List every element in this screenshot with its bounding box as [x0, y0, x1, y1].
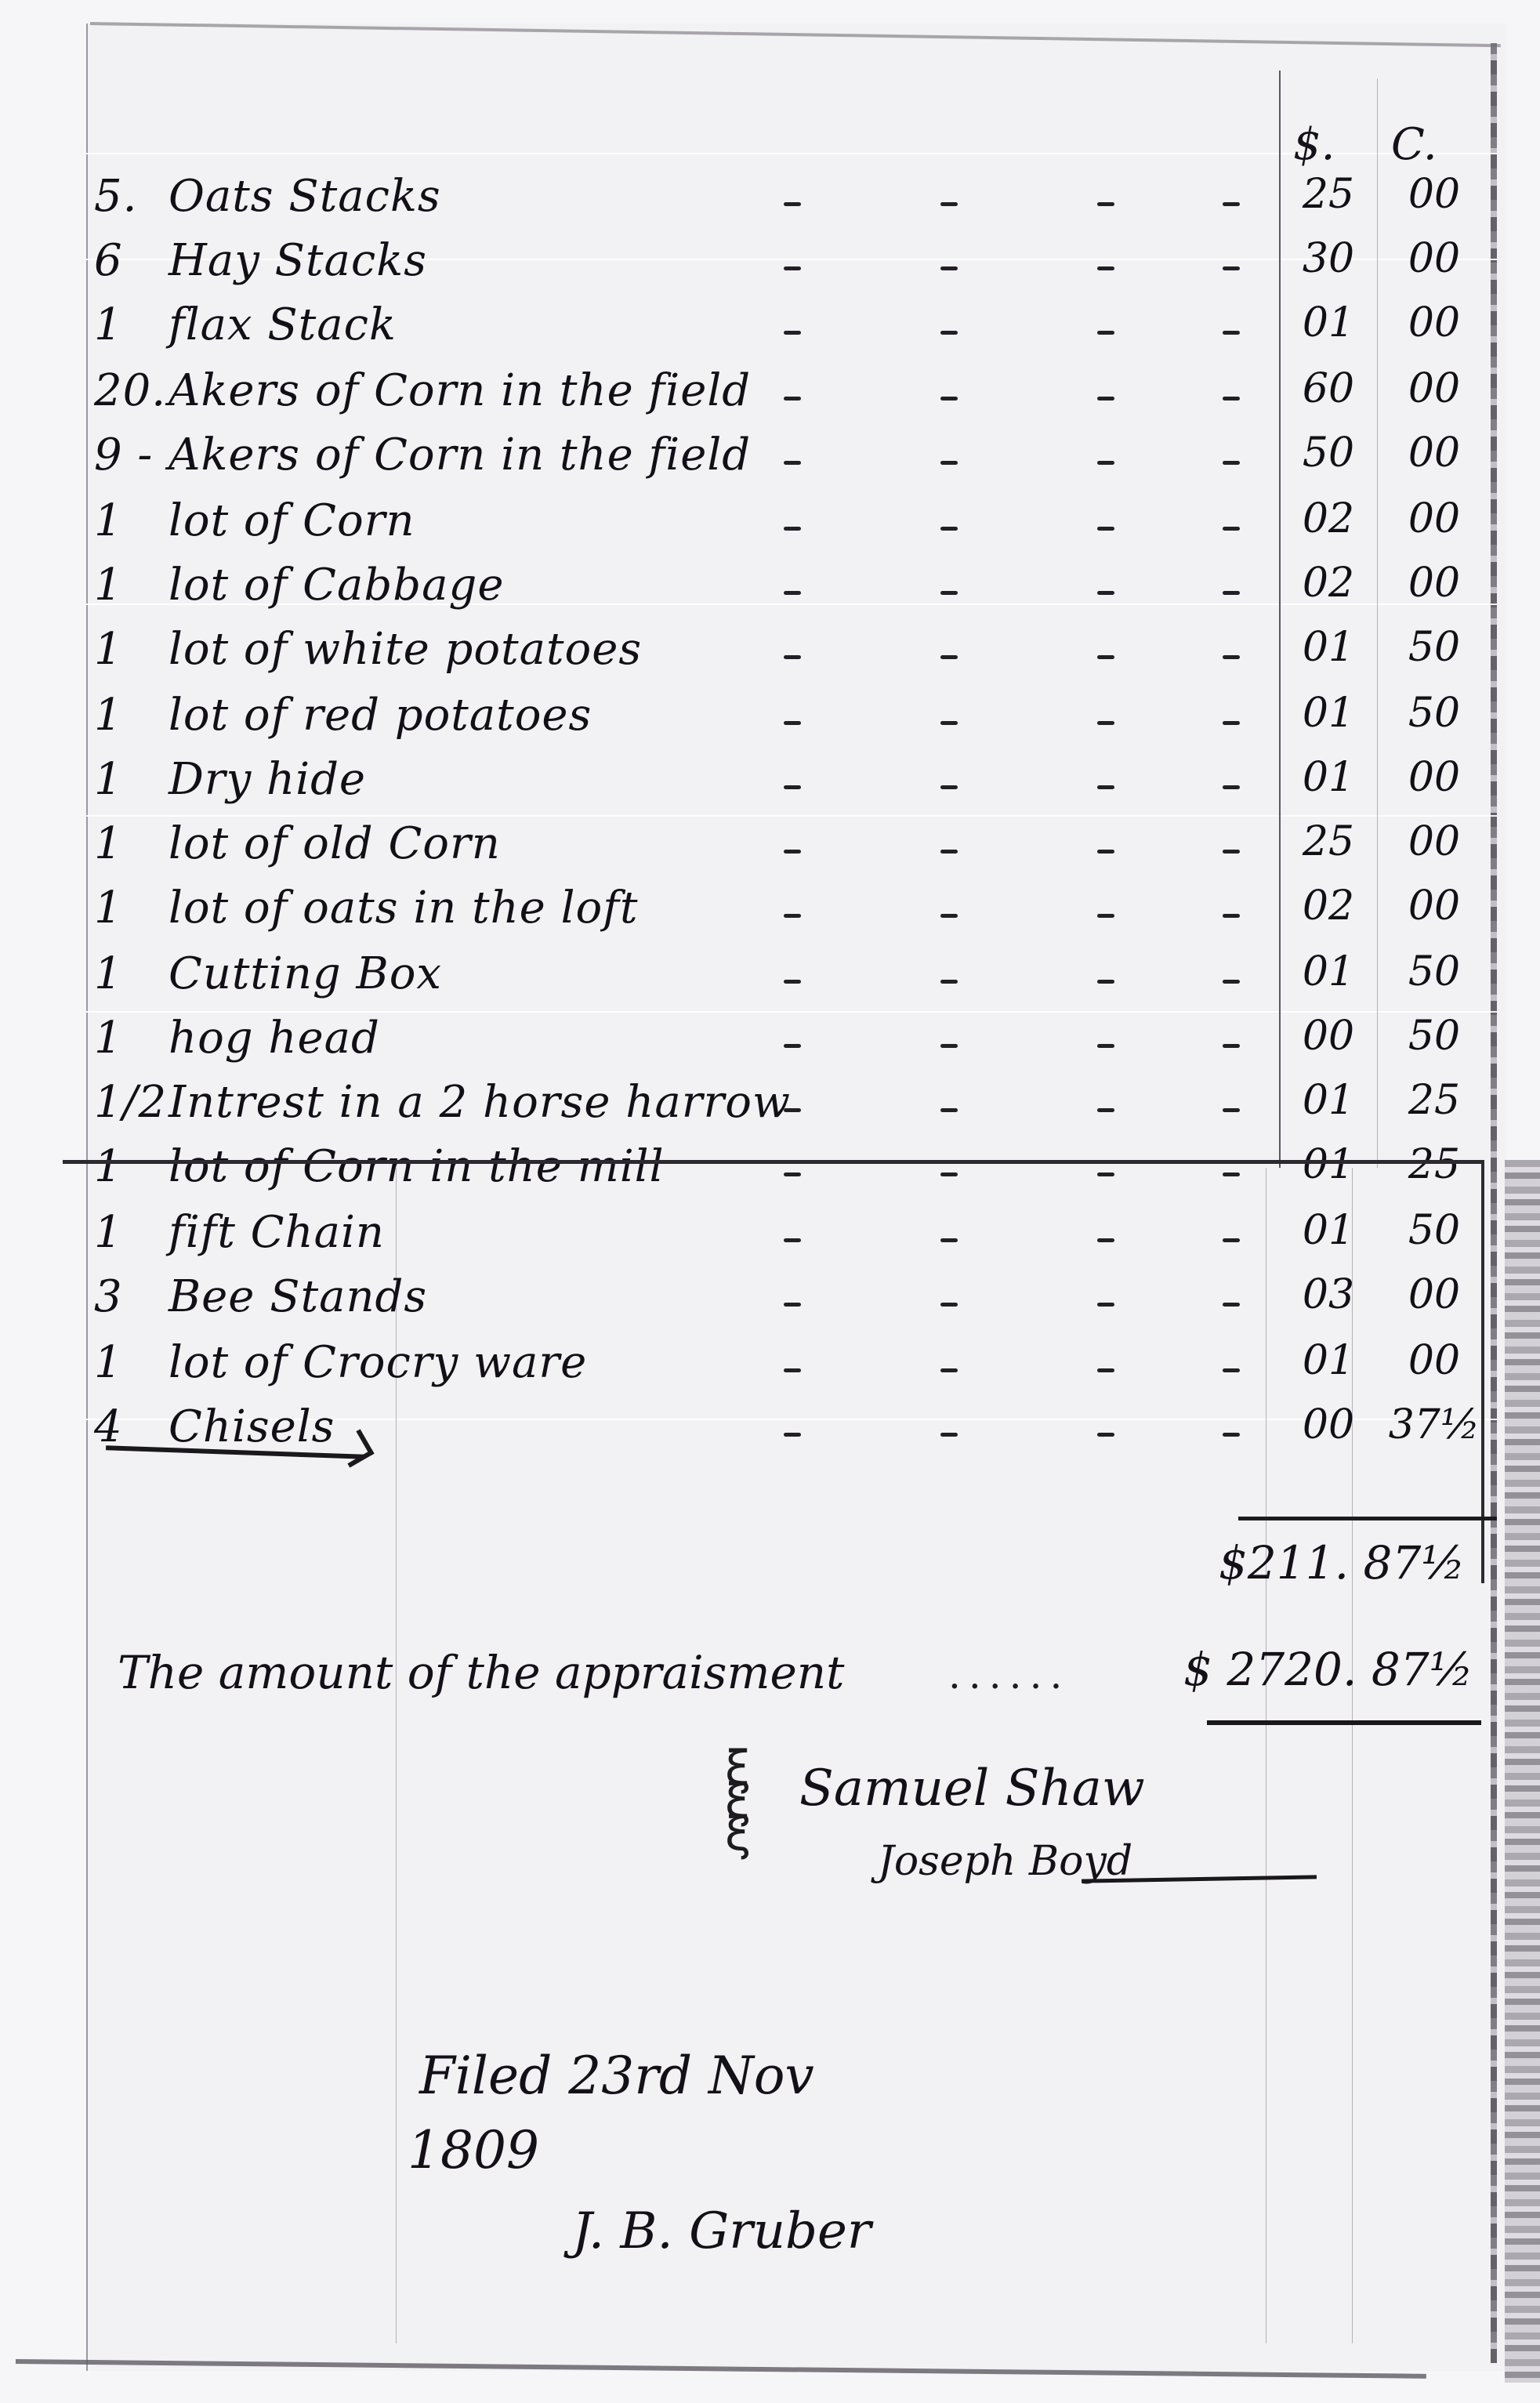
item-text: Cutting Box [168, 948, 442, 999]
filed-date: Filed 23rd Nov [419, 2046, 814, 2106]
leader-dash [1097, 1433, 1114, 1437]
item-text: lot of red potatoes [168, 690, 592, 741]
item-description: 5. [94, 171, 137, 222]
leader-dash [784, 785, 801, 789]
filed-year: 1809 [408, 2120, 539, 2180]
total-label: The amount of the appraisment [118, 1646, 844, 1699]
item-dollars: 01 [1281, 1077, 1375, 1124]
table-row: 1lot of red potatoes0150 [94, 690, 1520, 754]
leader-dash [940, 1044, 958, 1048]
item-description: 1 [94, 624, 123, 675]
leader-dash [784, 721, 801, 725]
leader-dash [784, 527, 801, 531]
leader-dash [784, 1303, 801, 1307]
item-description: 6 [94, 235, 123, 286]
dollars-column-header: $. [1293, 119, 1335, 170]
leader-dash [784, 461, 801, 465]
item-dollars: 30 [1281, 235, 1375, 282]
item-text: Bee Stands [168, 1271, 427, 1322]
table-row: 20.Akers of Corn in the field6000 [94, 365, 1520, 429]
item-description: 1 [94, 754, 123, 805]
leader-dash [1223, 721, 1240, 725]
leader-dash [1097, 397, 1114, 400]
leader-dash [1223, 397, 1240, 400]
item-text: Akers of Corn in the field [168, 365, 751, 416]
item-text: Hay Stacks [168, 235, 427, 286]
appraiser-signature-1: Samuel Shaw [799, 1760, 1145, 1818]
leader-dash [1097, 980, 1114, 984]
leader-dash [1097, 1044, 1114, 1048]
leader-dash [940, 397, 958, 400]
leader-dash [1097, 785, 1114, 789]
leader-dash [940, 914, 958, 918]
leader-dash [1097, 266, 1114, 270]
item-cents: 00 [1387, 818, 1481, 865]
item-text: lot of old Corn [168, 818, 501, 869]
item-dollars: 01 [1281, 948, 1375, 995]
clerk-signature: J. B. Gruber [572, 2202, 871, 2260]
table-row: 1lot of Cabbage0200 [94, 560, 1520, 624]
item-description: 1 [94, 299, 123, 350]
leader-dash [1097, 331, 1114, 335]
leader-dash [784, 1238, 801, 1242]
item-dollars: 01 [1281, 1337, 1375, 1384]
leader-dash [1223, 980, 1240, 984]
item-cents: 00 [1387, 171, 1481, 218]
leader-dash [940, 591, 958, 595]
leader-dash [1097, 1108, 1114, 1112]
item-description: 1 [94, 818, 123, 869]
item-cents: 00 [1387, 1271, 1481, 1318]
leader-dash [784, 397, 801, 400]
table-row: 3Bee Stands0300 [94, 1271, 1520, 1336]
item-dollars: 00 [1281, 1013, 1375, 1060]
item-dollars: 25 [1281, 818, 1375, 865]
item-text: lot of Crocry ware [168, 1337, 587, 1388]
leader-dash [1223, 1238, 1240, 1242]
leader-dash [1097, 527, 1114, 531]
table-row: 5.Oats Stacks2500 [94, 171, 1520, 235]
item-text: lot of oats in the loft [168, 883, 638, 933]
item-dollars: 60 [1281, 365, 1375, 412]
leader-dash [784, 202, 801, 206]
leader-dash [1097, 1238, 1114, 1242]
item-text: Dry hide [168, 754, 366, 805]
leader-dash [784, 1433, 801, 1437]
leader-dash [1097, 914, 1114, 918]
leader-dash [1097, 1368, 1114, 1372]
leader-dash [940, 980, 958, 984]
item-dollars: 01 [1281, 624, 1375, 671]
leader-dash [1223, 1368, 1240, 1372]
table-row: 1Dry hide0100 [94, 754, 1520, 818]
item-cents: 00 [1387, 560, 1481, 607]
table-row: 1lot of old Corn2500 [94, 818, 1520, 883]
item-cents: 00 [1387, 235, 1481, 282]
item-description: 1 [94, 690, 123, 741]
item-dollars: 02 [1281, 495, 1375, 542]
leader-dash [784, 1173, 801, 1176]
leader-dash [1097, 202, 1114, 206]
item-description: 1/2 [94, 1077, 167, 1128]
cents-column-header: C. [1391, 119, 1437, 170]
item-cents: 50 [1387, 1013, 1481, 1060]
leader-dash [940, 1238, 958, 1242]
subtotal-rule [1238, 1517, 1497, 1520]
section-divider [63, 1160, 1483, 1172]
leader-dash [784, 914, 801, 918]
item-cents: 00 [1387, 883, 1481, 930]
leader-dash [1097, 591, 1114, 595]
leader-dash [1097, 850, 1114, 854]
leader-dash [1223, 655, 1240, 659]
table-row: 1fift Chain0150 [94, 1207, 1520, 1271]
table-row: 6Hay Stacks3000 [94, 235, 1520, 299]
table-row: 1Cutting Box0150 [94, 948, 1520, 1013]
leader-dash [1223, 331, 1240, 335]
leader-dash [1223, 527, 1240, 531]
item-description: 1 [94, 1337, 123, 1388]
leader-dash [940, 1108, 958, 1112]
item-text: flax Stack [168, 299, 397, 350]
item-dollars: 01 [1281, 299, 1375, 346]
table-row: 1lot of white potatoes0150 [94, 624, 1520, 688]
item-dollars: 01 [1281, 690, 1375, 737]
leader-dash [784, 1108, 801, 1112]
item-dollars: 50 [1281, 429, 1375, 477]
item-text: lot of white potatoes [168, 624, 642, 675]
item-text: lot of Cabbage [168, 560, 504, 611]
item-description: 1 [94, 948, 123, 999]
item-dollars: 01 [1281, 1207, 1375, 1254]
leader-dash [940, 850, 958, 854]
leader-dash [1097, 1303, 1114, 1307]
total-value: $ 2720. 87½ [1183, 1643, 1473, 1696]
leader-dash [784, 1368, 801, 1372]
leader-dots: ...... [948, 1652, 1070, 1698]
item-description: 3 [94, 1271, 123, 1322]
item-description: 4 [94, 1401, 123, 1452]
item-text: Chisels [168, 1401, 335, 1452]
table-row: 1flax Stack0100 [94, 299, 1520, 364]
leader-dash [1223, 1303, 1240, 1307]
item-text: Oats Stacks [168, 171, 441, 222]
item-description: 1 [94, 883, 123, 933]
leader-dash [784, 980, 801, 984]
leader-dash [940, 202, 958, 206]
item-dollars: 01 [1281, 754, 1375, 801]
leader-dash [940, 266, 958, 270]
item-description: 1 [94, 1207, 123, 1258]
leader-dash [940, 331, 958, 335]
leader-dash [1097, 721, 1114, 725]
leader-dash [940, 1303, 958, 1307]
leader-dash [1223, 266, 1240, 270]
table-row: 9 -Akers of Corn in the field5000 [94, 429, 1520, 494]
item-text: lot of Corn [168, 495, 415, 546]
item-cents: 50 [1387, 948, 1481, 995]
leader-dash [784, 655, 801, 659]
item-cents: 00 [1387, 495, 1481, 542]
item-text: Intrest in a 2 horse harrow [168, 1077, 791, 1128]
leader-dash [784, 1044, 801, 1048]
item-dollars: 02 [1281, 560, 1375, 607]
item-cents: 00 [1387, 754, 1481, 801]
leader-dash [784, 850, 801, 854]
item-text: Akers of Corn in the field [168, 429, 751, 480]
table-row: 1lot of oats in the loft0200 [94, 883, 1520, 947]
item-text: hog head [168, 1013, 380, 1064]
item-cents: 00 [1387, 299, 1481, 346]
leader-dash [1223, 1108, 1240, 1112]
item-description: 9 - [94, 429, 153, 480]
appraiser-signature-2: Joseph Boyd [878, 1838, 1132, 1885]
leader-dash [1223, 202, 1240, 206]
leader-dash [940, 721, 958, 725]
leader-dash [940, 527, 958, 531]
leader-dash [784, 591, 801, 595]
item-cents: 50 [1387, 1207, 1481, 1254]
item-description: 1 [94, 495, 123, 546]
item-dollars: 00 [1281, 1401, 1375, 1448]
leader-dash [940, 655, 958, 659]
leader-dash [1223, 785, 1240, 789]
leader-dash [1223, 1173, 1240, 1176]
item-description: 20. [94, 365, 166, 416]
leader-dash [1223, 461, 1240, 465]
item-dollars: 03 [1281, 1271, 1375, 1318]
item-description: 1 [94, 560, 123, 611]
table-row: 1lot of Corn0200 [94, 495, 1520, 560]
leader-dash [940, 1173, 958, 1176]
leader-dash [940, 461, 958, 465]
item-description: 1 [94, 1013, 123, 1064]
table-row: 1lot of Corn in the mill0125 [94, 1141, 1520, 1205]
leader-dash [1223, 591, 1240, 595]
leader-dash [1097, 1173, 1114, 1176]
leader-dash [1223, 1044, 1240, 1048]
leader-dash [940, 785, 958, 789]
item-cents: 50 [1387, 690, 1481, 737]
leader-dash [1223, 850, 1240, 854]
signature-brace-icon: ξξξ [725, 1752, 751, 1850]
item-dollars: 25 [1281, 171, 1375, 218]
leader-dash [1097, 655, 1114, 659]
ruling-line [86, 153, 1497, 154]
item-cents: 00 [1387, 429, 1481, 477]
table-row: 1lot of Crocry ware0100 [94, 1337, 1520, 1401]
item-cents: 25 [1387, 1077, 1481, 1124]
table-row: 1/2Intrest in a 2 horse harrow0125 [94, 1077, 1520, 1141]
leader-dash [940, 1433, 958, 1437]
item-dollars: 02 [1281, 883, 1375, 930]
leader-dash [784, 266, 801, 270]
leader-dash [1097, 461, 1114, 465]
leader-dash [940, 1368, 958, 1372]
page-subtotal: $211. 87½ [1219, 1536, 1466, 1589]
leader-dash [784, 331, 801, 335]
item-cents: 37½ [1387, 1401, 1481, 1448]
item-cents: 00 [1387, 1337, 1481, 1384]
item-cents: 50 [1387, 624, 1481, 671]
table-row: 1hog head0050 [94, 1013, 1520, 1077]
item-cents: 00 [1387, 365, 1481, 412]
leader-dash [1223, 1433, 1240, 1437]
item-text: fift Chain [168, 1207, 385, 1258]
total-rule [1207, 1720, 1481, 1725]
leader-dash [1223, 914, 1240, 918]
